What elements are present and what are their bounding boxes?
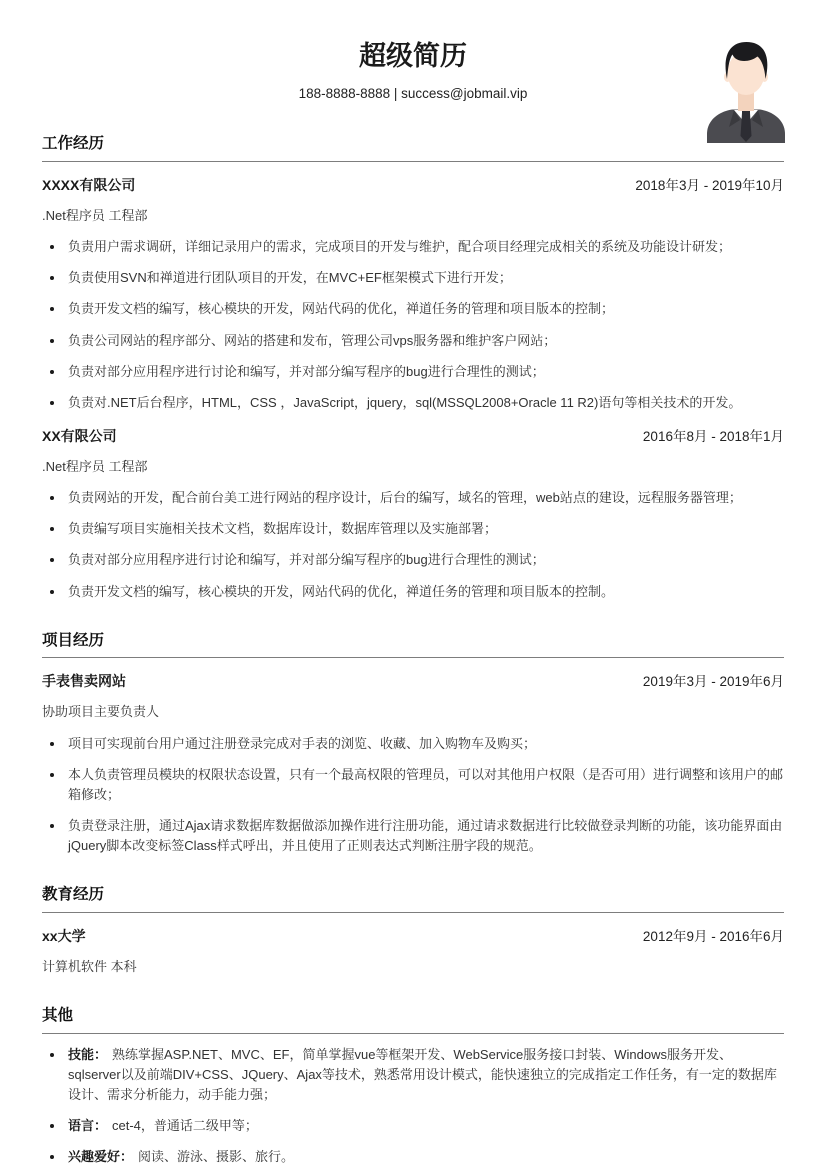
item-text: 阅读、游泳、摄影、旅行。 — [138, 1149, 294, 1164]
date-range: 2018年3月 - 2019年10月 — [635, 176, 784, 197]
project-entry-header: 手表售卖网站 2019年3月 - 2019年6月 — [42, 671, 784, 693]
other-bullet-list: 技能：熟练掌握ASP.NET、MVC、EF，简单掌握vue等框架开发、WebSe… — [42, 1045, 784, 1168]
job-bullet-list: 负责网站的开发，配合前台美工进行网站的程序设计，后台的编写，域名的管理，web站… — [42, 488, 784, 602]
list-item: 负责对.NET后台程序，HTML，CSS ，JavaScript，jquery，… — [42, 393, 784, 413]
section-heading-project: 项目经历 — [42, 632, 784, 659]
list-item: 负责开发文档的编写，核心模块的开发，网站代码的优化，禅道任务的管理和项目版本的控… — [42, 299, 784, 319]
section-education: 教育经历 xx大学 2012年9月 - 2016年6月 计算机软件 本科 — [42, 886, 784, 977]
company-name: XX有限公司 — [42, 426, 117, 448]
list-item: 负责对部分应用程序进行讨论和编写，并对部分编写程序的bug进行合理性的测试； — [42, 550, 784, 570]
major-degree: 计算机软件 本科 — [42, 957, 784, 977]
item-text: cet-4，普通话二级甲等； — [112, 1118, 258, 1133]
list-item-language: 语言：cet-4，普通话二级甲等； — [42, 1116, 784, 1136]
list-item: 负责使用SVN和禅道进行团队项目的开发，在MVC+EF框架模式下进行开发； — [42, 268, 784, 288]
project-bullet-list: 项目可实现前台用户通过注册登录完成对手表的浏览、收藏、加入购物车及购买； 本人负… — [42, 734, 784, 857]
resume-page: 超级简历 188-8888-8888 | success@jobmail.vip… — [0, 0, 826, 1169]
section-heading-education: 教育经历 — [42, 886, 784, 913]
date-range: 2016年8月 - 2018年1月 — [643, 427, 784, 448]
list-item: 本人负责管理员模块的权限状态设置，只有一个最高权限的管理员，可以对其他用户权限（… — [42, 765, 784, 805]
project-role: 协助项目主要负责人 — [42, 702, 784, 722]
list-item: 负责开发文档的编写，核心模块的开发，网站代码的优化，禅道任务的管理和项目版本的控… — [42, 582, 784, 602]
school-name: xx大学 — [42, 926, 86, 948]
education-entry-header: xx大学 2012年9月 - 2016年6月 — [42, 926, 784, 948]
item-text: 熟练掌握ASP.NET、MVC、EF，简单掌握vue等框架开发、WebServi… — [68, 1047, 777, 1102]
section-heading-work: 工作经历 — [42, 135, 784, 162]
list-item: 负责网站的开发，配合前台美工进行网站的程序设计，后台的编写，域名的管理，web站… — [42, 488, 784, 508]
job-title: .Net程序员 工程部 — [42, 206, 784, 226]
section-work-experience: 工作经历 XXXX有限公司 2018年3月 - 2019年10月 .Net程序员… — [42, 135, 784, 601]
job-title: .Net程序员 工程部 — [42, 457, 784, 477]
list-item: 项目可实现前台用户通过注册登录完成对手表的浏览、收藏、加入购物车及购买； — [42, 734, 784, 754]
list-item-hobbies: 兴趣爱好：阅读、游泳、摄影、旅行。 — [42, 1147, 784, 1167]
list-item: 负责编写项目实施相关技术文档，数据库设计，数据库管理以及实施部署； — [42, 519, 784, 539]
section-project-experience: 项目经历 手表售卖网站 2019年3月 - 2019年6月 协助项目主要负责人 … — [42, 632, 784, 857]
work-entry: XXXX有限公司 2018年3月 - 2019年10月 .Net程序员 工程部 … — [42, 175, 784, 413]
item-label: 语言： — [68, 1118, 107, 1133]
profile-photo — [702, 33, 790, 143]
project-entry: 手表售卖网站 2019年3月 - 2019年6月 协助项目主要负责人 项目可实现… — [42, 671, 784, 856]
list-item: 负责公司网站的程序部分、网站的搭建和发布，管理公司vps服务器和维护客户网站； — [42, 331, 784, 351]
list-item-skills: 技能：熟练掌握ASP.NET、MVC、EF，简单掌握vue等框架开发、WebSe… — [42, 1045, 784, 1105]
person-avatar-icon — [702, 33, 790, 143]
list-item: 负责登录注册，通过Ajax请求数据库数据做添加操作进行注册功能，通过请求数据进行… — [42, 816, 784, 856]
work-entry-header: XX有限公司 2016年8月 - 2018年1月 — [42, 426, 784, 448]
item-label: 技能： — [68, 1047, 107, 1062]
section-other: 其他 技能：熟练掌握ASP.NET、MVC、EF，简单掌握vue等框架开发、We… — [42, 1007, 784, 1168]
project-name: 手表售卖网站 — [42, 671, 126, 693]
page-title: 超级简历 — [42, 40, 784, 72]
item-label: 兴趣爱好： — [68, 1149, 133, 1164]
work-entry: XX有限公司 2016年8月 - 2018年1月 .Net程序员 工程部 负责网… — [42, 426, 784, 602]
company-name: XXXX有限公司 — [42, 175, 135, 197]
list-item: 负责对部分应用程序进行讨论和编写，并对部分编写程序的bug进行合理性的测试； — [42, 362, 784, 382]
job-bullet-list: 负责用户需求调研，详细记录用户的需求，完成项目的开发与维护，配合项目经理完成相关… — [42, 237, 784, 413]
section-heading-other: 其他 — [42, 1007, 784, 1034]
list-item: 负责用户需求调研，详细记录用户的需求，完成项目的开发与维护，配合项目经理完成相关… — [42, 237, 784, 257]
education-entry: xx大学 2012年9月 - 2016年6月 计算机软件 本科 — [42, 926, 784, 977]
work-entry-header: XXXX有限公司 2018年3月 - 2019年10月 — [42, 175, 784, 197]
contact-line: 188-8888-8888 | success@jobmail.vip — [42, 84, 784, 105]
date-range: 2012年9月 - 2016年6月 — [643, 927, 784, 948]
date-range: 2019年3月 - 2019年6月 — [643, 672, 784, 693]
